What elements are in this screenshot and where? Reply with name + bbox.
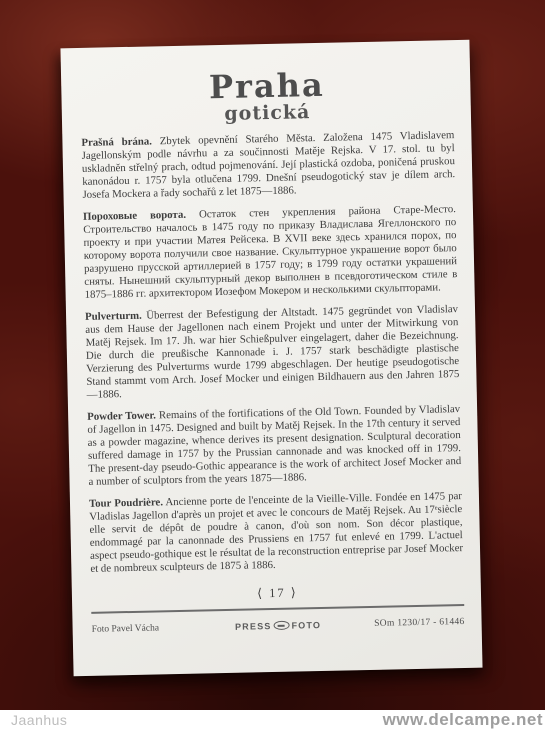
paragraph-lead: Powder Tower. [87,409,156,422]
paragraph-russian: Пороховые ворота. Остаток стен укреплени… [83,203,458,302]
paragraph-lead: Пороховые ворота. [83,208,186,222]
paragraph-czech: Prašná brána. Zbytek opevnění Starého Mě… [81,129,455,202]
publisher-logo: PRESS FOTO [235,620,321,632]
credits-row: Foto Pavel Vácha PRESS FOTO SOm 1230/17 … [92,617,465,635]
pressfoto-emblem-icon [273,621,289,630]
publisher-logo-right: FOTO [291,620,321,631]
photographer-credit: Foto Pavel Vácha [92,622,222,635]
publisher-logo-left: PRESS [235,621,272,632]
paragraph-lead: Tour Poudrière. [89,496,163,510]
watermark-strip: Jaanhus www.delcampe.net [0,710,545,730]
paragraph-german: Pulverturm. Überrest der Befestigung der… [85,303,460,402]
paragraph-lead: Prašná brána. [81,135,152,148]
title-block: Praha gotická [80,66,454,127]
paragraph-body: Überrest der Befestigung der Altstadt. 1… [85,303,459,401]
paragraph-english: Powder Tower. Remains of the fortificati… [87,403,462,489]
paragraph-french: Tour Poudrière. Ancienne porte de l'ence… [89,490,464,576]
postcard-content: Praha gotická Prašná brána. Zbytek opevn… [60,40,481,635]
page-background: Praha gotická Prašná brána. Zbytek opevn… [0,0,545,730]
watermark-site: www.delcampe.net [383,710,543,730]
paragraph-lead: Pulverturm. [85,309,142,322]
postcard: Praha gotická Prašná brána. Zbytek opevn… [60,40,482,676]
page-number: ⟨ 17 ⟩ [91,581,464,605]
edition-code: SOm 1230/17 - 61446 [334,617,464,630]
divider-line [91,604,464,614]
watermark-seller: Jaanhus [11,712,67,728]
